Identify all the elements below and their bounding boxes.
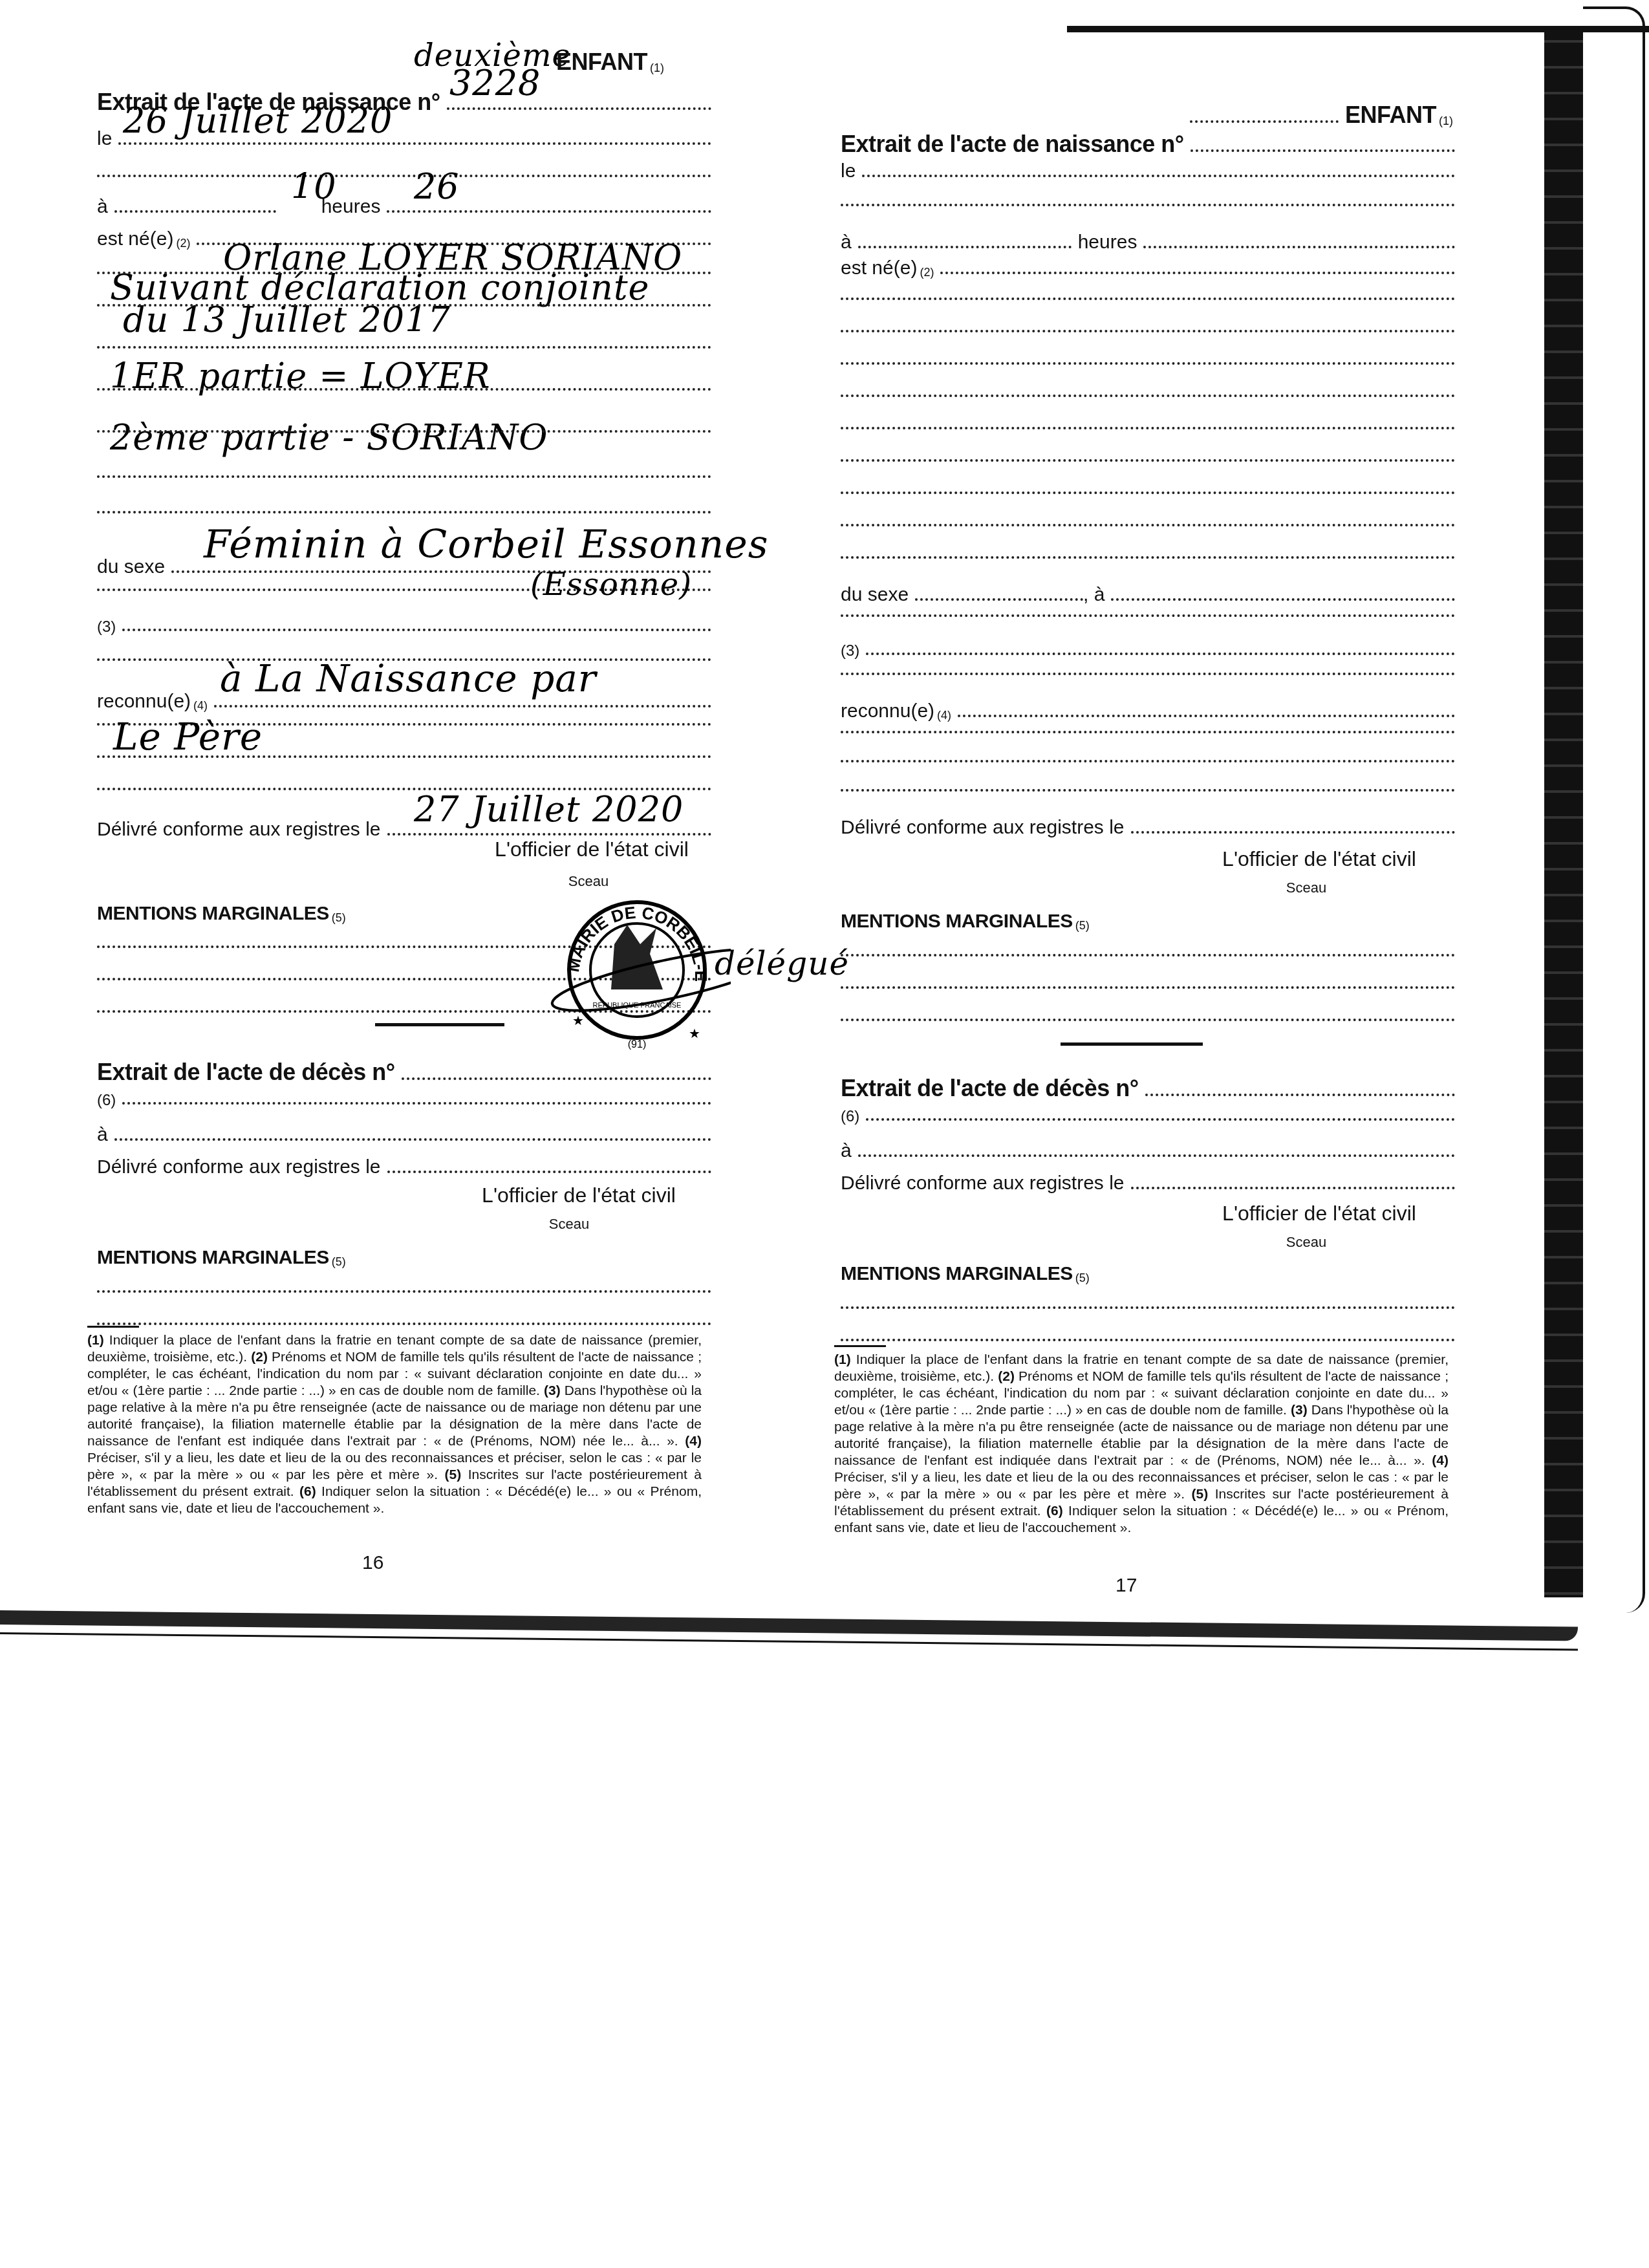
footnote-ref: (6) (97, 1093, 116, 1108)
death-date-row: (6) (97, 1093, 711, 1108)
footnote-ref: (5) (332, 1256, 346, 1268)
birth-extract-number-field[interactable] (447, 107, 711, 110)
a-label: à (841, 233, 852, 252)
du-sexe-label: du sexe (841, 585, 909, 605)
dotted-line (841, 297, 1455, 300)
death-extract-number-field[interactable] (402, 1077, 711, 1080)
marginal-mentions-line[interactable] (841, 1339, 1455, 1341)
seal-label: Sceau (1255, 880, 1358, 896)
marginal-mentions-line[interactable] (97, 1323, 711, 1325)
recognition-line-2: Le Père (113, 718, 263, 755)
birth-date-row: le (841, 162, 1455, 181)
death-place-field[interactable] (114, 1138, 711, 1141)
scanned-booklet: deuxième ENFANT (1) Extrait de l'acte de… (0, 0, 1649, 1681)
birth-minutes-field[interactable] (387, 210, 711, 213)
birth-time-row: à heures (97, 197, 711, 217)
death-extract-label: Extrait de l'acte de décès n° (841, 1077, 1139, 1100)
dotted-line (97, 755, 711, 758)
marginal-mentions-label: MENTIONS MARGINALES (97, 904, 329, 923)
birth-minutes: 26 (414, 169, 460, 204)
birth-date: 26 Juillet 2020 (123, 103, 393, 138)
marginal-mentions-label: MENTIONS MARGINALES (97, 1248, 329, 1268)
dotted-line (841, 394, 1455, 397)
death-date-row: (6) (841, 1109, 1455, 1125)
a-label: à (841, 1141, 852, 1161)
birth-extract-label: Extrait de l'acte de naissance n° (841, 133, 1184, 156)
birth-extract-number: 3228 (449, 66, 541, 101)
dotted-line (841, 459, 1455, 462)
town-hall-stamp: MAIRIE DE CORBEIL-ESSONNES RÉPUBLIQUE FR… (543, 892, 731, 1054)
marginal-mentions-heading: MENTIONS MARGINALES (5) (97, 1248, 369, 1268)
birth-hour: 10 (291, 169, 337, 204)
marginal-mentions-heading: MENTIONS MARGINALES (5) (841, 912, 1125, 931)
a-label: à (97, 197, 108, 217)
footnote-ref: (6) (841, 1109, 859, 1125)
dotted-line (97, 511, 711, 513)
born-row: est né(e) (2) (841, 259, 1455, 278)
dotted-line (97, 430, 711, 433)
place-department: (Essonne) (530, 569, 692, 600)
est-ne-label: est né(e) (841, 259, 917, 278)
svg-text:★: ★ (689, 1027, 700, 1041)
marginal-mentions-line[interactable] (841, 954, 1455, 956)
recognition-field[interactable] (214, 705, 711, 707)
death-delivered-row: Délivré conforme aux registres le (841, 1174, 1455, 1193)
delivered-label: Délivré conforme aux registres le (97, 820, 381, 839)
mother-field[interactable] (122, 629, 711, 631)
dotted-line (97, 175, 711, 177)
footnote-ref: (3) (97, 620, 116, 635)
footnote-ref: (1) (650, 62, 664, 74)
sex-row: du sexe , à (841, 585, 1455, 605)
birth-extract-row: Extrait de l'acte de naissance n° (841, 133, 1455, 156)
second-part-name: 2ème partie - SORIANO (110, 420, 548, 455)
dotted-line (97, 304, 711, 307)
footnote-ref: (5) (1075, 1272, 1090, 1284)
dotted-line (841, 556, 1455, 559)
delivered-row: Délivré conforme aux registres le (841, 818, 1455, 837)
booklet-bottom-edge (0, 1610, 1584, 1649)
du-sexe-label: du sexe (97, 557, 165, 577)
dotted-line (841, 789, 1455, 792)
heures-label: heures (1078, 233, 1137, 252)
death-extract-number-field[interactable] (1145, 1094, 1455, 1096)
recognized-row: reconnu(e) (4) (841, 702, 1455, 721)
mother-row: (3) (841, 643, 1455, 659)
marginal-mentions-heading: MENTIONS MARGINALES (5) (97, 904, 369, 923)
dotted-line (97, 388, 711, 391)
death-place-row: à (97, 1125, 711, 1145)
a-label: à (97, 1125, 108, 1145)
dotted-line (841, 673, 1455, 675)
dotted-line (841, 427, 1455, 429)
death-delivered-date-field[interactable] (1131, 1187, 1455, 1189)
marginal-mentions-line[interactable] (841, 986, 1455, 989)
dotted-line (841, 524, 1455, 526)
death-place-field[interactable] (858, 1154, 1455, 1157)
delivered-label: Délivré conforme aux registres le (841, 818, 1125, 837)
footnotes: (1) Indiquer la place de l'enfant dans l… (87, 1332, 702, 1517)
enfant-heading: ENFANT (556, 50, 647, 74)
enfant-heading-row: ENFANT (1) (556, 50, 711, 74)
delivered-label: Délivré conforme aux registres le (841, 1174, 1125, 1193)
seal-icon: MAIRIE DE CORBEIL-ESSONNES RÉPUBLIQUE FR… (543, 892, 731, 1054)
le-label: le (97, 129, 112, 149)
officer-label: L'officier de l'état civil (1183, 1202, 1455, 1226)
le-label: le (841, 162, 856, 181)
birth-hour-field[interactable] (114, 210, 276, 213)
est-ne-label: est né(e) (97, 230, 173, 249)
delivered-date-field[interactable] (1131, 831, 1455, 834)
seal-label: Sceau (537, 873, 640, 890)
svg-text:(91): (91) (628, 1039, 646, 1050)
dotted-line (841, 330, 1455, 332)
marginal-mentions-line[interactable] (841, 1306, 1455, 1309)
death-place-row: à (841, 1141, 1455, 1161)
footnote-divider (87, 1326, 139, 1328)
page-number: 16 (362, 1552, 383, 1574)
dotted-line (841, 614, 1455, 617)
enfant-heading-row: ENFANT (1) (1190, 103, 1455, 127)
dotted-line (841, 760, 1455, 762)
dotted-line (97, 346, 711, 349)
officer-label: L'officier de l'état civil (446, 1183, 711, 1207)
recognition-line-1: à La Naissance par (220, 660, 597, 697)
signature: délégué (715, 947, 849, 980)
seal-label: Sceau (1255, 1234, 1358, 1251)
dotted-line (841, 362, 1455, 365)
death-delivered-row: Délivré conforme aux registres le (97, 1158, 711, 1177)
marginal-mentions-line[interactable] (97, 1290, 711, 1293)
reconnu-label: reconnu(e) (841, 702, 934, 721)
footnote-ref: (2) (176, 237, 190, 249)
death-extract-row: Extrait de l'acte de décès n° (97, 1061, 711, 1084)
booklet-binding (1544, 26, 1583, 1597)
marginal-mentions-label: MENTIONS MARGINALES (841, 1264, 1073, 1284)
mother-row: (3) (97, 620, 711, 635)
child-rank-field[interactable] (1190, 120, 1339, 123)
marginal-mentions-heading: MENTIONS MARGINALES (5) (841, 1264, 1125, 1284)
dotted-line (841, 204, 1455, 206)
mother-field[interactable] (866, 653, 1455, 655)
officer-label: L'officier de l'état civil (472, 837, 711, 861)
birth-date-field[interactable] (862, 175, 1455, 177)
section-divider (1061, 1042, 1203, 1046)
page-number: 17 (1115, 1575, 1137, 1597)
footnote-ref: (5) (332, 912, 346, 923)
svg-text:★: ★ (572, 1014, 584, 1028)
death-delivered-date-field[interactable] (387, 1171, 711, 1173)
footnote-ref: (3) (841, 643, 859, 659)
death-date-field[interactable] (866, 1118, 1455, 1121)
marginal-mentions-label: MENTIONS MARGINALES (841, 912, 1073, 931)
footnote-ref: (1) (1439, 115, 1453, 127)
footnote-ref: (5) (1075, 920, 1090, 931)
marginal-mentions-line[interactable] (841, 1019, 1455, 1021)
birth-minutes-field[interactable] (1143, 246, 1455, 248)
section-divider (375, 1023, 504, 1026)
birth-hour-field[interactable] (858, 246, 1072, 248)
delivered-label: Délivré conforme aux registres le (97, 1158, 381, 1177)
dotted-line (841, 491, 1455, 494)
birth-date-field[interactable] (118, 142, 711, 145)
a-label: , à (1083, 585, 1105, 605)
child-name-field[interactable] (940, 272, 1455, 274)
footnotes: (1) Indiquer la place de l'enfant dans l… (834, 1352, 1449, 1537)
death-extract-row: Extrait de l'acte de décès n° (841, 1077, 1455, 1100)
dotted-line (97, 475, 711, 478)
reconnu-label: reconnu(e) (97, 692, 191, 711)
dotted-line (841, 731, 1455, 733)
recognition-field[interactable] (958, 715, 1455, 717)
delivered-date: 27 Juillet 2020 (414, 792, 684, 827)
birth-time-row: à heures (841, 233, 1455, 252)
booklet-cover-edge (1583, 6, 1645, 1613)
officer-label: L'officier de l'état civil (1183, 847, 1455, 871)
footnote-ref: (2) (920, 266, 934, 278)
sex-field[interactable] (915, 598, 1083, 601)
death-extract-label: Extrait de l'acte de décès n° (97, 1061, 395, 1084)
footnote-ref: (4) (937, 709, 951, 721)
enfant-heading: ENFANT (1345, 103, 1436, 127)
delivered-date-field[interactable] (387, 833, 711, 836)
birth-place-field[interactable] (1111, 598, 1455, 601)
birth-extract-number-field[interactable] (1191, 149, 1455, 152)
death-date-field[interactable] (122, 1102, 711, 1105)
footnote-divider (834, 1345, 886, 1347)
dotted-line (97, 272, 711, 274)
sex-and-place: Féminin à Corbeil Essonnes (204, 525, 769, 564)
seal-label: Sceau (517, 1216, 621, 1233)
footnote-ref: (4) (193, 700, 208, 711)
